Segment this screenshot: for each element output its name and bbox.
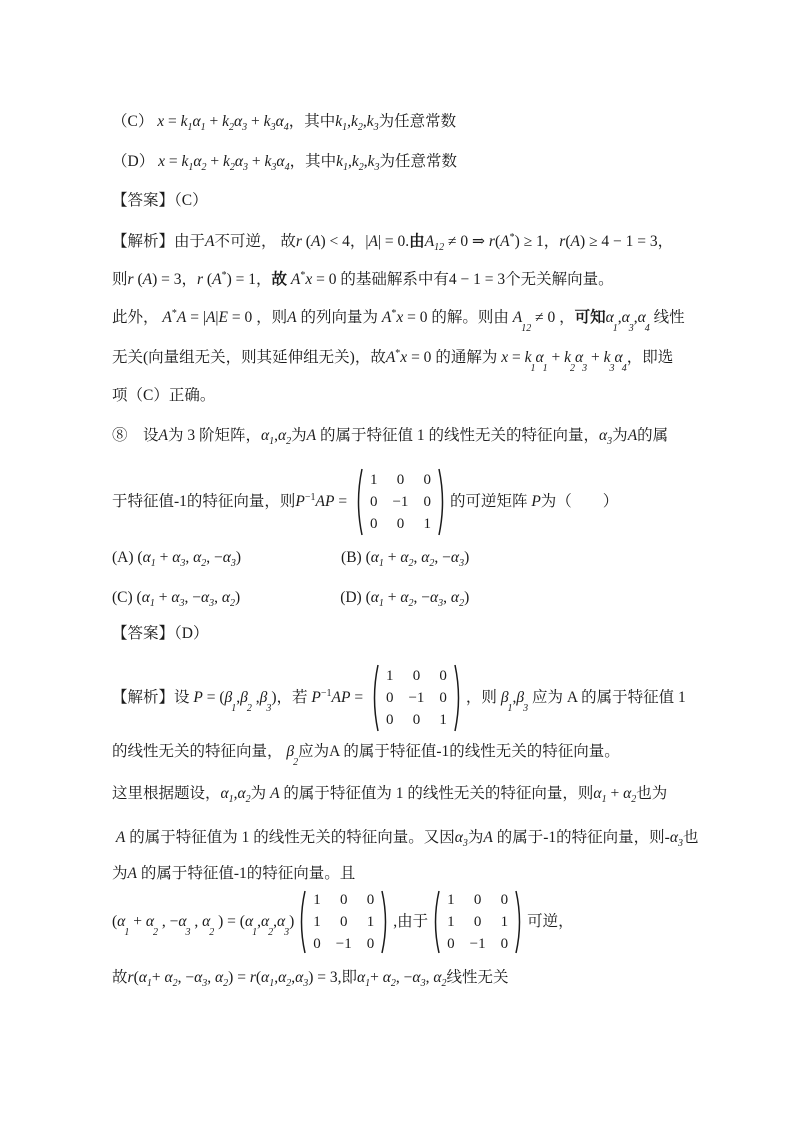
math-variable: β3 — [260, 689, 272, 706]
matrix-cell: −1 — [470, 937, 486, 952]
math-variable: A — [270, 785, 279, 802]
math-variable: A* — [382, 309, 396, 326]
math-run: , − — [414, 589, 431, 606]
math-run: ) — [289, 913, 294, 930]
math-variable-name: A — [270, 785, 279, 802]
math-variable-name: α — [193, 549, 201, 566]
math-run: ) — [236, 549, 241, 566]
math-variable-name: A — [291, 271, 300, 288]
matrix-cell: 0 — [367, 937, 375, 952]
math-run: ) — [464, 549, 469, 566]
text-run: ， — [350, 233, 366, 250]
matrix-cell: 1 — [501, 915, 509, 930]
matrix-cell: −1 — [392, 495, 408, 510]
math-variable: α2 — [400, 549, 413, 566]
analysis-q8-line-4: A 的属于特征值为 1 的线性无关的特征向量。又因α3为A 的属于-1的特征向量… — [112, 826, 698, 856]
math-variable: AP — [316, 493, 335, 510]
math-run: = — [334, 493, 351, 510]
matrix-paren-left — [355, 468, 364, 536]
analysis-q7-line-4: 无关(向量组无关，则其延伸组无关)，故A*x = 0 的通解为 x = k1α1… — [112, 342, 698, 381]
math-variable: α3 — [430, 589, 443, 606]
matrix-cell: −1 — [408, 691, 424, 706]
math-run: ) ≥ 1 — [515, 233, 544, 250]
text-run: （D） — [112, 153, 158, 170]
math-variable: α2 — [451, 589, 464, 606]
math-variable: k1 — [181, 113, 193, 130]
math-variable-name: α — [599, 427, 607, 444]
text-run: ，则 — [466, 689, 501, 706]
math-variable-name: α — [235, 153, 243, 170]
math-variable: A* — [212, 271, 226, 288]
document-page: （C） x = k1α1 + k2α3 + k3α4，其中k1,k2,k3为任意… — [0, 0, 794, 1123]
math-variable: A — [368, 233, 377, 250]
math-run: + — [248, 153, 265, 170]
matrix-cell: 0 — [501, 893, 509, 908]
math-variable-name: A — [143, 271, 152, 288]
math-variable: A12 — [513, 309, 531, 326]
text-run: 由 — [409, 233, 425, 250]
math-variable: α1 — [261, 969, 274, 986]
matrix-cell: 1 — [367, 915, 375, 930]
math-variable-name: α — [221, 785, 229, 802]
math-variable: α3 — [171, 589, 184, 606]
math-variable: α1 — [193, 113, 206, 130]
math-variable-name: P — [311, 689, 320, 706]
math-run: , − — [396, 969, 413, 986]
text-run: 则 — [112, 271, 128, 288]
math-variable: A — [307, 427, 316, 444]
math-variable: α2 — [278, 427, 291, 444]
math-variable: α1 — [221, 785, 234, 802]
math-variable-name: A — [162, 309, 171, 326]
math-variable-name: k — [222, 113, 229, 130]
math-run: + — [247, 113, 264, 130]
text-run: 为任意常数 — [380, 153, 458, 170]
math-variable: α1 — [593, 785, 606, 802]
math-variable: β1 — [501, 689, 513, 706]
math-variable: x — [158, 153, 165, 170]
math-variable: k2 — [351, 113, 363, 130]
math-variable-name: α — [383, 969, 391, 986]
math-variable: α2 — [421, 549, 434, 566]
math-variable: k3 — [368, 153, 380, 170]
math-run: (A) ( — [112, 549, 143, 566]
question-8-line-2: 于特征值-1的特征向量，则P−1AP = 1000−10001的可逆矩阵 P为（… — [112, 460, 698, 536]
math-variable-name: α — [278, 969, 286, 986]
math-variable-name: α — [670, 829, 678, 846]
text-run: 也 — [683, 829, 699, 846]
math-variable-name: α — [238, 785, 246, 802]
math-variable-name: α — [295, 969, 303, 986]
math-variable-name: α — [222, 589, 230, 606]
text-run: ，则 — [256, 309, 287, 326]
matrix: 1000−10001 — [371, 664, 462, 732]
text-run: 的可逆矩阵 — [450, 493, 531, 510]
math-variable: α3 — [178, 913, 190, 930]
text-run: ， — [544, 233, 560, 250]
text-run: 【答案】（D） — [112, 625, 208, 642]
math-run: , − — [178, 969, 195, 986]
text-run: 于特征值-1的特征向量，则 — [112, 493, 295, 510]
math-variable: α4 — [276, 153, 289, 170]
math-run: ) ≥ 4 − 1 = 3 — [580, 233, 658, 250]
math-variable: α1 — [371, 589, 384, 606]
math-variable: α2 — [238, 785, 251, 802]
math-variable-name: α — [412, 969, 420, 986]
math-run: ) = 3, — [308, 969, 341, 986]
text-run: 故 — [112, 969, 128, 986]
math-variable-name: A — [483, 829, 492, 846]
matrix-cell: 0 — [501, 937, 509, 952]
matrix-cell: 1 — [439, 713, 447, 728]
math-run: + — [384, 589, 401, 606]
math-variable: A — [177, 309, 186, 326]
math-variable: A — [628, 427, 637, 444]
matrix-cell: 1 — [447, 915, 455, 930]
math-run: , — [252, 689, 260, 706]
math-run: = 0 — [312, 271, 340, 288]
math-variable: P — [531, 493, 540, 510]
math-run: + — [129, 913, 146, 930]
math-variable-name: AP — [316, 493, 335, 510]
text-run: 【答案】（C） — [112, 192, 208, 209]
math-variable-name: α — [451, 549, 459, 566]
matrix-cell: 0 — [386, 713, 394, 728]
math-run: (D) ( — [340, 589, 371, 606]
math-run: + — [152, 969, 165, 986]
matrix-cell: 1 — [313, 915, 321, 930]
math-variable: α1 — [535, 349, 547, 366]
math-variable-name: x — [158, 153, 165, 170]
math-variable-name: α — [371, 589, 379, 606]
text-run: 故 — [271, 271, 287, 288]
text-run: 的属于-1的特征向量，则- — [493, 829, 670, 846]
math-variable: k1 — [336, 153, 348, 170]
math-variable: α2 — [433, 969, 446, 986]
math-variable: α3 — [277, 913, 289, 930]
math-run: , — [207, 969, 215, 986]
matrix-cell: 0 — [392, 517, 408, 532]
math-variable-name: k — [336, 153, 343, 170]
matrix-cell: 0 — [392, 473, 408, 488]
math-variable: α3 — [223, 549, 236, 566]
analysis-q7-line-1: 【解析】由于A不可逆， 故r (A) < 4，|A| = 0.由A12 ≠ 0 … — [112, 226, 698, 260]
math-variable: α1 — [606, 309, 618, 326]
analysis-q7-line-5: 项（C）正确。 — [112, 384, 698, 408]
text-run: 的基础解系中有 — [340, 271, 449, 288]
math-variable: k2 — [223, 153, 235, 170]
math-variable-name: α — [201, 589, 209, 606]
math-variable-name: k — [367, 113, 374, 130]
math-variable: P−1 — [311, 689, 331, 706]
math-variable-name: A — [212, 271, 221, 288]
matrix-cell: 1 — [423, 517, 431, 532]
math-run: 4 − 1 = 3 — [449, 271, 505, 288]
math-run: = 0 — [407, 349, 435, 366]
math-run: , − — [158, 913, 178, 930]
text-run: ⑧ 设 — [112, 427, 159, 444]
subscript: 12 — [434, 242, 444, 253]
math-variable: α3 — [194, 969, 207, 986]
math-variable-name: A — [287, 309, 296, 326]
analysis-q8-line-2: 的线性无关的特征向量， β2应为A 的属于特征值-1的线性无关的特征向量。 — [112, 740, 698, 775]
matrix-cell: 0 — [423, 495, 431, 510]
matrix-paren-right — [437, 468, 446, 536]
matrix-cell: 1 — [313, 893, 321, 908]
math-variable: α1 — [143, 549, 156, 566]
math-variable: A* — [291, 271, 305, 288]
math-run: + — [548, 349, 565, 366]
text-run: 的解。则由 — [431, 309, 512, 326]
math-variable: k2 — [352, 153, 364, 170]
analysis-q8-line-1: 【解析】设 P = (β1,β2 ,β3)，若 P−1AP = 1000−100… — [112, 656, 698, 732]
math-variable: α4 — [276, 113, 289, 130]
math-variable-name: k — [223, 153, 230, 170]
text-run: 也为 — [636, 785, 667, 802]
matrix: 1001010−10 — [432, 890, 523, 954]
math-variable-name: A — [206, 309, 215, 326]
math-variable-name: α — [430, 589, 438, 606]
math-variable-name: A — [307, 427, 316, 444]
math-variable-name: α — [276, 153, 284, 170]
math-run: = — [164, 113, 181, 130]
text-run: ，其中 — [290, 153, 337, 170]
math-run: , — [185, 549, 193, 566]
math-variable: α1 — [117, 913, 129, 930]
math-variable: P−1 — [295, 493, 315, 510]
math-variable: A — [128, 865, 137, 882]
text-run: 【解析】设 — [112, 689, 193, 706]
math-run: = — [350, 689, 367, 706]
math-run: ≠ 0 — [531, 309, 559, 326]
matrix-grid: 1001010−10 — [307, 891, 380, 954]
math-variable: k2 — [222, 113, 234, 130]
text-run: 无关(向量组无关，则其延伸组无关)，故 — [112, 349, 386, 366]
matrix-paren-left — [432, 890, 441, 954]
math-variable: A* — [162, 309, 176, 326]
superscript: −1 — [305, 492, 316, 503]
option-d-line: （D） x = k1α2 + k2α3 + k3α4，其中k1,k2,k3为任意… — [112, 150, 698, 180]
math-variable: A12 — [425, 233, 444, 250]
math-variable-name: A — [368, 233, 377, 250]
math-variable-name: α — [139, 969, 147, 986]
math-variable-name: α — [371, 549, 379, 566]
math-variable: A — [143, 271, 152, 288]
math-variable-name: k — [181, 113, 188, 130]
math-variable-name: α — [400, 549, 408, 566]
math-variable-name: A — [386, 349, 395, 366]
math-variable: α2 — [261, 913, 273, 930]
math-variable-name: α — [276, 113, 284, 130]
analysis-q8-line-3: 这里根据题设，α1,α2为 A 的属于特征值为 1 的线性无关的特征向量，则α1… — [112, 782, 698, 812]
text-run: ， — [256, 271, 272, 288]
text-run: 为（ ） — [541, 493, 619, 510]
text-run: 为 — [468, 829, 484, 846]
matrix-paren-right — [453, 664, 462, 732]
math-variable: k1 — [525, 349, 536, 366]
math-run: , — [190, 913, 202, 930]
math-variable: A — [116, 829, 125, 846]
math-variable: α4 — [638, 309, 650, 326]
text-run: 为 — [251, 785, 270, 802]
math-variable-name: α — [143, 549, 151, 566]
math-variable-name: α — [451, 589, 459, 606]
matrix-cell: 0 — [408, 669, 424, 684]
analysis-q8-line-5: 为A 的属于特征值-1的特征向量。且 — [112, 862, 698, 886]
math-variable-name: α — [261, 969, 269, 986]
math-variable-name: k — [351, 113, 358, 130]
math-variable: α3 — [455, 829, 468, 846]
math-variable: α3 — [670, 829, 683, 846]
math-run: , − — [206, 549, 223, 566]
text-run: 的属于特征值 1 的线性无关的特征向量， — [316, 427, 599, 444]
math-variable: k1 — [181, 153, 193, 170]
text-run: 的属 — [637, 427, 668, 444]
math-run: ) = 1 — [227, 271, 256, 288]
text-run: 项（C）正确。 — [112, 387, 215, 404]
text-run: 可知 — [575, 309, 606, 326]
math-variable: α3 — [172, 549, 185, 566]
math-variable-name: α — [261, 427, 269, 444]
math-variable: α3 — [599, 427, 612, 444]
math-variable-name: α — [278, 427, 286, 444]
math-variable-name: k — [368, 153, 375, 170]
matrix-cell: 1 — [447, 893, 455, 908]
math-run: = 0 — [228, 309, 256, 326]
math-variable: α1 — [371, 549, 384, 566]
math-variable: α2 — [193, 549, 206, 566]
analysis-q7-line-2: 则r (A) = 3，r (A*) = 1，故 A*x = 0 的基础解系中有4… — [112, 264, 698, 292]
math-run: (C) ( — [112, 589, 142, 606]
math-run: = 0 — [403, 309, 431, 326]
math-variable-name: A — [500, 233, 509, 250]
math-variable-name: α — [223, 549, 231, 566]
text-run: 的属于特征值为 1 的线性无关的特征向量。又因 — [125, 829, 454, 846]
math-variable-name: A — [425, 233, 434, 250]
math-variable: α2 — [146, 913, 158, 930]
math-variable: β2 — [240, 689, 252, 706]
matrix-cell: 0 — [439, 669, 447, 684]
math-variable: A — [483, 829, 492, 846]
q8-options-ab-line: (A) (α1 + α3, α2, −α3)(B) (α1 + α2, α2, … — [112, 546, 698, 576]
math-variable-name: α — [165, 969, 173, 986]
matrix-paren-left — [298, 890, 307, 954]
math-run: , — [443, 589, 451, 606]
math-variable: α2 — [278, 969, 291, 986]
math-run: + — [384, 549, 401, 566]
text-run: 的属于特征值为 1 的线性无关的特征向量，则 — [280, 785, 594, 802]
math-variable: P — [193, 689, 202, 706]
matrix-cell: 0 — [336, 893, 352, 908]
math-variable: α2 — [202, 913, 214, 930]
text-run: 【解析】由于 — [112, 233, 205, 250]
matrix-cell: 0 — [408, 713, 424, 728]
math-variable-name: α — [215, 969, 223, 986]
math-run: , − — [434, 549, 451, 566]
matrix-cell: 0 — [313, 937, 321, 952]
math-variable-name: α — [593, 785, 601, 802]
math-variable: α3 — [622, 309, 634, 326]
math-variable: β3 — [516, 689, 528, 706]
matrix-cell: 0 — [439, 691, 447, 706]
math-variable: α3 — [575, 349, 587, 366]
math-variable-name: P — [193, 689, 202, 706]
math-variable: k3 — [264, 113, 276, 130]
math-run: ( — [134, 271, 143, 288]
text-run: 的列向量为 — [297, 309, 382, 326]
math-variable-name: A — [128, 865, 137, 882]
math-variable: α2 — [383, 969, 396, 986]
math-variable-name: AP — [332, 689, 351, 706]
math-variable: A — [571, 233, 580, 250]
math-run: + — [156, 549, 173, 566]
math-run: , − — [184, 589, 201, 606]
math-variable-name: k — [264, 113, 271, 130]
math-variable: α3 — [235, 153, 248, 170]
answer-line-q8: 【答案】（D） — [112, 622, 698, 646]
math-variable-name: A — [177, 309, 186, 326]
text-run: 为任意常数 — [379, 113, 457, 130]
matrix-grid: 1001010−10 — [441, 891, 514, 954]
math-run: + — [370, 969, 383, 986]
matrix-cell: 0 — [470, 893, 486, 908]
math-run: ) = ( — [214, 913, 245, 930]
math-variable-name: A — [571, 233, 580, 250]
text-run: 为 — [612, 427, 628, 444]
text-run: 的通解为 — [435, 349, 501, 366]
matrix: 1000−10001 — [355, 468, 446, 536]
text-run: 线性无关 — [446, 969, 508, 986]
text-run: 不可逆， 故 — [214, 233, 295, 250]
matrix-paren-right — [380, 890, 389, 954]
math-variable: α2 — [165, 969, 178, 986]
math-variable-name: A — [116, 829, 125, 846]
math-variable-name: k — [352, 153, 359, 170]
math-variable: α2 — [623, 785, 636, 802]
math-variable-name: E — [219, 309, 228, 326]
text-run: 这里根据题设， — [112, 785, 221, 802]
analysis-q8-line-6: 故r(α1+ α2, −α3, α2) = r(α1,α2,α3) = 3,即α… — [112, 966, 698, 996]
math-variable: A* — [500, 233, 514, 250]
math-variable: β1 — [225, 689, 237, 706]
math-variable: A — [287, 309, 296, 326]
subscript: 12 — [521, 323, 531, 334]
math-variable: k2 — [564, 349, 575, 366]
math-variable-name: α — [234, 113, 242, 130]
text-run: 为 — [291, 427, 307, 444]
math-variable: α4 — [615, 349, 627, 366]
text-run: 可逆， — [527, 913, 574, 930]
math-variable: k3 — [265, 153, 277, 170]
math-run: ) = — [228, 969, 250, 986]
text-run: ， — [559, 309, 575, 326]
analysis-q8-equation-line: (α1 + α2 , −α3 , α2 ) = (α1,α2,α3)100101… — [112, 886, 698, 958]
text-run: ，其中 — [289, 113, 336, 130]
math-variable: α1 — [142, 589, 155, 606]
math-variable: A* — [386, 349, 400, 366]
math-variable: α1 — [261, 427, 274, 444]
text-run: ，若 — [277, 689, 312, 706]
superscript: −1 — [321, 688, 332, 699]
answer-line-q7: 【答案】（C） — [112, 189, 698, 213]
text-run: 的线性无关的特征向量， — [112, 743, 286, 760]
q8-options-cd-line: (C) (α1 + α3, −α3, α2)(D) (α1 + α2, −α3,… — [112, 586, 698, 616]
math-variable: A — [159, 427, 168, 444]
math-variable-name: α — [455, 829, 463, 846]
matrix-cell: 0 — [386, 691, 394, 706]
math-variable-name: α — [357, 969, 365, 986]
matrix-cell: 0 — [470, 915, 486, 930]
